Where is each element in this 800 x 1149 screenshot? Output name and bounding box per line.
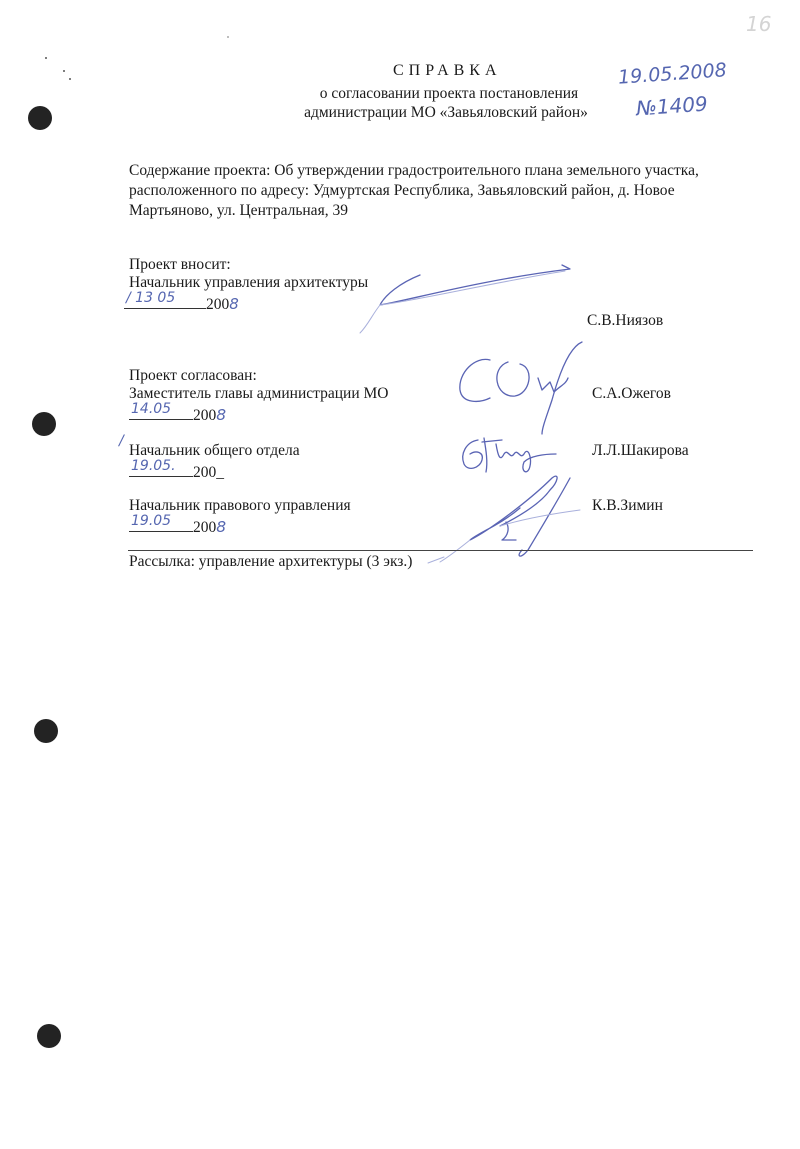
speck: [45, 57, 47, 59]
speck: [69, 78, 71, 80]
separator-line: [128, 550, 753, 551]
document-subtitle-line2: администрации МО «Завьяловский район»: [294, 104, 598, 122]
approval-2-date-line: 19.05.200_: [129, 460, 224, 482]
registration-number: №1409: [635, 92, 708, 121]
approval-3-date-line: 19.052008: [129, 515, 226, 537]
distribution-checkmark: [428, 555, 448, 567]
approval-1-year-prefix: 200: [193, 407, 216, 424]
approval-2-year-prefix: 200: [193, 464, 216, 481]
approval-3-year-prefix: 200: [193, 519, 216, 536]
approval-1-date-line: 14.052008: [129, 403, 226, 425]
approval-2-hand-date: 19.05.: [131, 457, 176, 475]
approval-1-name: С.А.Ожегов: [592, 385, 671, 403]
approval-2-tick: /: [119, 433, 124, 449]
submitted-year-prefix: 200: [206, 296, 229, 313]
approval-3-hand-date: 19.05: [131, 512, 171, 530]
corner-page-mark: 16: [746, 12, 771, 36]
approval-2-name: Л.Л.Шакирова: [592, 442, 689, 460]
speck: [227, 36, 229, 38]
document-subtitle-line1: о согласовании проекта постановления: [309, 85, 589, 103]
approval-1-hand-year: 8: [216, 406, 226, 424]
content-line-2: расположенного по адресу: Удмуртская Рес…: [129, 182, 675, 200]
content-line-1: Содержание проекта: Об утверждении градо…: [129, 162, 699, 180]
distribution: Рассылка: управление архитектуры (3 экз.…: [129, 553, 412, 571]
punch-hole: [28, 106, 52, 130]
approvals-heading: Проект согласован:: [129, 367, 257, 385]
registration-date: 19.05.2008: [617, 59, 727, 89]
approval-3-hand-year: 8: [216, 518, 226, 536]
signature-zimin: [440, 470, 600, 570]
approval-2-year-blank: _: [216, 464, 224, 481]
approval-1-hand-date: 14.05: [131, 400, 171, 418]
punch-hole: [32, 412, 56, 436]
submitted-hand-year: 8: [229, 295, 239, 313]
punch-hole: [34, 719, 58, 743]
signature-niyazov: [370, 255, 590, 345]
punch-hole: [37, 1024, 61, 1048]
submitted-date-line: / 13 052008: [124, 292, 239, 314]
submitted-name: С.В.Ниязов: [587, 312, 663, 330]
approval-3-name: К.В.Зимин: [592, 497, 663, 515]
speck: [63, 70, 65, 72]
submitted-hand-date: / 13 05: [126, 289, 175, 307]
submitted-heading: Проект вносит:: [129, 256, 231, 274]
document-title: СПРАВКА: [393, 62, 502, 80]
signature-ozhegov: [450, 338, 600, 438]
content-line-3: Мартьяново, ул. Центральная, 39: [129, 202, 348, 220]
